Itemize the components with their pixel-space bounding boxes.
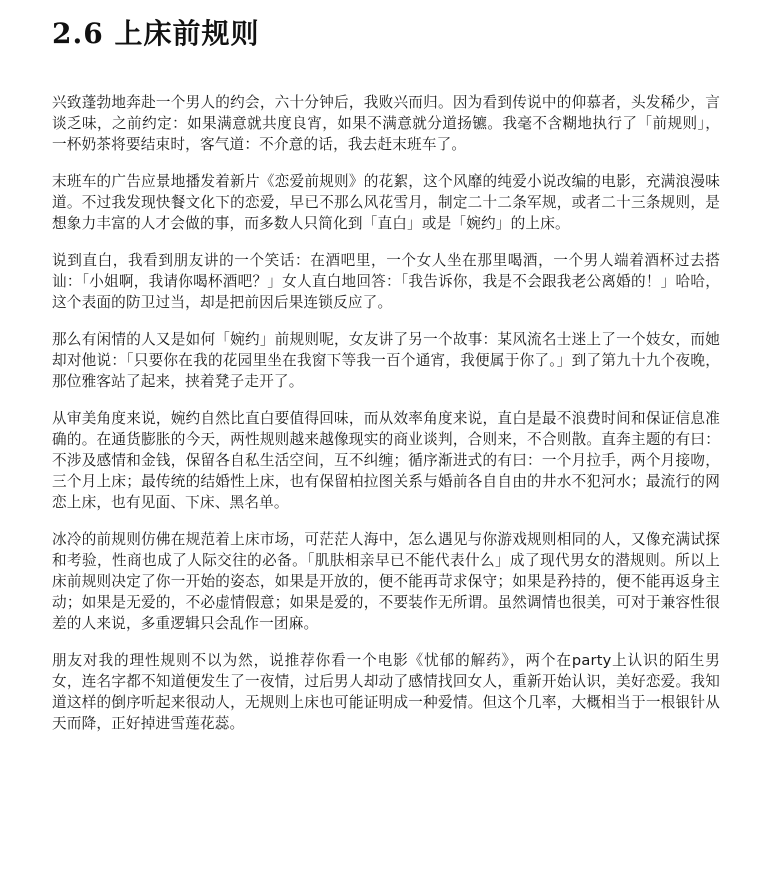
- paragraph-3: 说到直白，我看到朋友讲的一个笑话：在酒吧里，一个女人坐在那里喝酒，一个男人端着酒…: [52, 250, 720, 313]
- paragraph-1: 兴致蓬勃地奔赴一个男人的约会，六十分钟后，我败兴而归。因为看到传说中的仰慕者，头…: [52, 92, 720, 155]
- article-body: 兴致蓬勃地奔赴一个男人的约会，六十分钟后，我败兴而归。因为看到传说中的仰慕者，头…: [52, 92, 720, 734]
- paragraph-4: 那么有闲情的人又是如何「婉约」前规则呢，女友讲了另一个故事：某风流名士迷上了一个…: [52, 329, 720, 392]
- document-page: 2.6 上床前规则 兴致蓬勃地奔赴一个男人的约会，六十分钟后，我败兴而归。因为看…: [52, 0, 720, 750]
- paragraph-6: 冰冷的前规则仿佛在规范着上床市场，可茫茫人海中，怎么遇见与你游戏规则相同的人，又…: [52, 529, 720, 634]
- paragraph-2: 末班车的广告应景地播发着新片《恋爱前规则》的花絮，这个风靡的纯爱小说改编的电影，…: [52, 171, 720, 234]
- paragraph-5: 从审美角度来说，婉约自然比直白要值得回味，而从效率角度来说，直白是最不浪费时间和…: [52, 408, 720, 513]
- paragraph-7: 朋友对我的理性规则不以为然，说推荐你看一个电影《忧郁的解药》，两个在party上…: [52, 650, 720, 734]
- section-title: 2.6 上床前规则: [52, 0, 720, 54]
